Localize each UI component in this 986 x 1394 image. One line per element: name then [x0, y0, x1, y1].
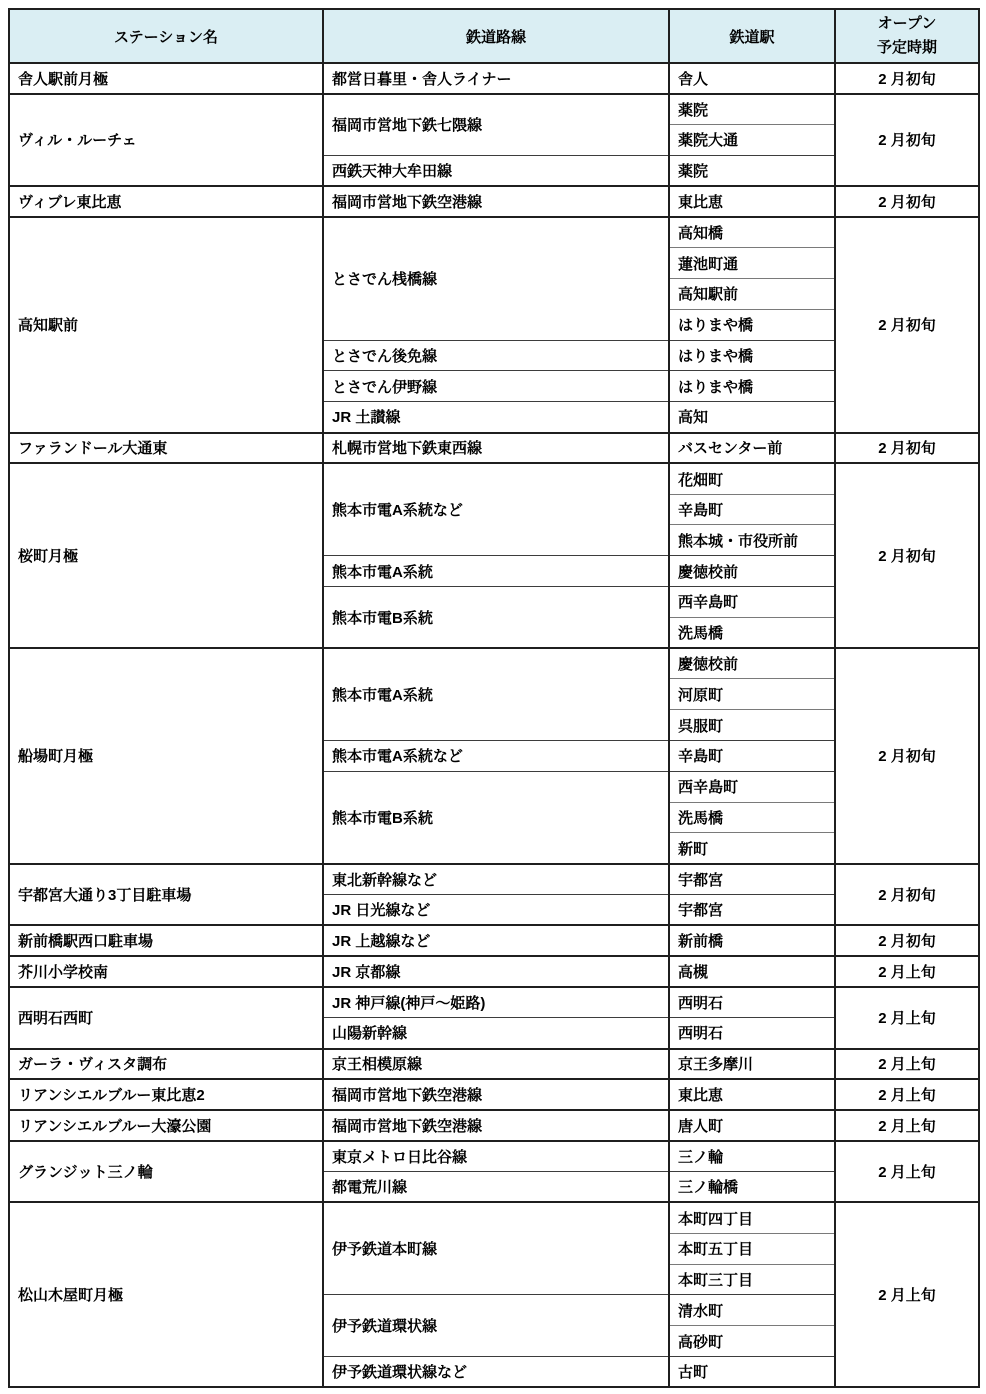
station-name-cell: 高知駅前: [9, 217, 323, 433]
table-row: 松山木屋町月極伊予鉄道本町線本町四丁目2 月上旬: [9, 1202, 979, 1233]
rail-station-cell: 熊本城・市役所前: [669, 525, 835, 556]
table-row: 宇都宮大通り3丁目駐車場東北新幹線など宇都宮2 月初旬: [9, 864, 979, 895]
table-row: 新前橋駅西口駐車場JR 上越線など新前橋2 月初旬: [9, 925, 979, 956]
open-period-cell: 2 月初旬: [835, 63, 979, 94]
rail-station-cell: 洗馬橋: [669, 617, 835, 648]
table-row: 船場町月極熊本市電A系統慶徳校前2 月初旬: [9, 648, 979, 679]
rail-line-cell: 熊本市電A系統: [323, 648, 669, 740]
rail-line-cell: 熊本市電A系統など: [323, 463, 669, 555]
rail-station-cell: 辛島町: [669, 494, 835, 525]
header-rail-line: 鉄道路線: [323, 9, 669, 63]
table-row: リアンシエルブルー大濠公園福岡市営地下鉄空港線唐人町2 月上旬: [9, 1110, 979, 1141]
rail-station-cell: 洗馬橋: [669, 802, 835, 833]
rail-station-cell: 河原町: [669, 679, 835, 710]
table-row: 桜町月極熊本市電A系統など花畑町2 月初旬: [9, 463, 979, 494]
rail-station-cell: 三ノ輪橋: [669, 1172, 835, 1203]
table-row: ヴィブレ東比恵福岡市営地下鉄空港線東比恵2 月初旬: [9, 186, 979, 217]
rail-station-cell: はりまや橋: [669, 309, 835, 340]
open-period-cell: 2 月初旬: [835, 463, 979, 648]
table-row: 西明石西町JR 神戸線(神戸〜姫路)西明石2 月上旬: [9, 987, 979, 1018]
rail-station-cell: 古町: [669, 1356, 835, 1387]
rail-station-cell: 呉服町: [669, 710, 835, 741]
header-rail-station: 鉄道駅: [669, 9, 835, 63]
rail-station-cell: 新前橋: [669, 925, 835, 956]
rail-line-cell: とさでん桟橋線: [323, 217, 669, 340]
table-row: グランジット三ノ輪東京メトロ日比谷線三ノ輪2 月上旬: [9, 1141, 979, 1172]
rail-line-cell: 都営日暮里・舎人ライナー: [323, 63, 669, 94]
rail-station-cell: 花畑町: [669, 463, 835, 494]
table-row: ファランドール大通東札幌市営地下鉄東西線バスセンター前2 月初旬: [9, 433, 979, 464]
rail-station-cell: 東比恵: [669, 186, 835, 217]
rail-station-cell: 蓮池町通: [669, 248, 835, 279]
station-name-cell: ファランドール大通東: [9, 433, 323, 464]
rail-station-cell: 西明石: [669, 1018, 835, 1049]
table-row: ヴィル・ルーチェ福岡市営地下鉄七隈線薬院2 月初旬: [9, 94, 979, 125]
rail-station-cell: バスセンター前: [669, 433, 835, 464]
rail-station-cell: 清水町: [669, 1295, 835, 1326]
table-row: 高知駅前とさでん桟橋線高知橋2 月初旬: [9, 217, 979, 248]
rail-line-cell: とさでん後免線: [323, 340, 669, 371]
station-name-cell: ガーラ・ヴィスタ調布: [9, 1049, 323, 1080]
rail-station-cell: 辛島町: [669, 741, 835, 772]
rail-station-cell: 宇都宮: [669, 895, 835, 926]
station-name-cell: 新前橋駅西口駐車場: [9, 925, 323, 956]
rail-line-cell: 福岡市営地下鉄空港線: [323, 186, 669, 217]
rail-station-cell: 高知駅前: [669, 279, 835, 310]
table-row: リアンシエルブルー東比恵2福岡市営地下鉄空港線東比恵2 月上旬: [9, 1079, 979, 1110]
rail-line-cell: 福岡市営地下鉄空港線: [323, 1110, 669, 1141]
rail-station-cell: 西明石: [669, 987, 835, 1018]
header-open-line1: オープン: [840, 12, 974, 36]
open-period-cell: 2 月上旬: [835, 1079, 979, 1110]
rail-station-cell: 唐人町: [669, 1110, 835, 1141]
rail-station-cell: 薬院: [669, 94, 835, 125]
rail-station-cell: 高知橋: [669, 217, 835, 248]
station-name-cell: 宇都宮大通り3丁目駐車場: [9, 864, 323, 926]
station-name-cell: 桜町月極: [9, 463, 323, 648]
rail-station-cell: はりまや橋: [669, 371, 835, 402]
open-period-cell: 2 月上旬: [835, 1141, 979, 1203]
rail-line-cell: JR 神戸線(神戸〜姫路): [323, 987, 669, 1018]
open-period-cell: 2 月初旬: [835, 925, 979, 956]
stations-table: ステーション名 鉄道路線 鉄道駅 オープン 予定時期 舎人駅前月極都営日暮里・舎…: [8, 8, 980, 1388]
table-header-row: ステーション名 鉄道路線 鉄道駅 オープン 予定時期: [9, 9, 979, 63]
rail-station-cell: 本町五丁目: [669, 1233, 835, 1264]
open-period-cell: 2 月初旬: [835, 433, 979, 464]
rail-station-cell: 薬院: [669, 155, 835, 186]
station-name-cell: 芥川小学校南: [9, 956, 323, 987]
open-period-cell: 2 月初旬: [835, 864, 979, 926]
open-period-cell: 2 月初旬: [835, 94, 979, 186]
rail-line-cell: 福岡市営地下鉄空港線: [323, 1079, 669, 1110]
rail-station-cell: 本町四丁目: [669, 1202, 835, 1233]
rail-line-cell: 都電荒川線: [323, 1172, 669, 1203]
rail-line-cell: とさでん伊野線: [323, 371, 669, 402]
table-row: ガーラ・ヴィスタ調布京王相模原線京王多摩川2 月上旬: [9, 1049, 979, 1080]
rail-station-cell: 本町三丁目: [669, 1264, 835, 1295]
rail-line-cell: JR 日光線など: [323, 895, 669, 926]
open-period-cell: 2 月初旬: [835, 648, 979, 864]
rail-line-cell: 京王相模原線: [323, 1049, 669, 1080]
rail-line-cell: 山陽新幹線: [323, 1018, 669, 1049]
header-open-period: オープン 予定時期: [835, 9, 979, 63]
table-row: 舎人駅前月極都営日暮里・舎人ライナー舎人2 月初旬: [9, 63, 979, 94]
rail-station-cell: 三ノ輪: [669, 1141, 835, 1172]
rail-station-cell: 高槻: [669, 956, 835, 987]
rail-line-cell: 熊本市電A系統など: [323, 741, 669, 772]
open-period-cell: 2 月初旬: [835, 186, 979, 217]
open-period-cell: 2 月上旬: [835, 987, 979, 1049]
station-name-cell: リアンシエルブルー東比恵2: [9, 1079, 323, 1110]
rail-station-cell: 京王多摩川: [669, 1049, 835, 1080]
rail-line-cell: 伊予鉄道環状線: [323, 1295, 669, 1357]
rail-station-cell: 慶徳校前: [669, 556, 835, 587]
rail-station-cell: 薬院大通: [669, 125, 835, 156]
rail-line-cell: 熊本市電A系統: [323, 556, 669, 587]
rail-station-cell: 慶徳校前: [669, 648, 835, 679]
rail-station-cell: 舎人: [669, 63, 835, 94]
station-name-cell: 船場町月極: [9, 648, 323, 864]
rail-line-cell: JR 土讃線: [323, 402, 669, 433]
rail-station-cell: はりまや橋: [669, 340, 835, 371]
table-body: 舎人駅前月極都営日暮里・舎人ライナー舎人2 月初旬ヴィル・ルーチェ福岡市営地下鉄…: [9, 63, 979, 1387]
rail-station-cell: 西辛島町: [669, 587, 835, 618]
header-station-name: ステーション名: [9, 9, 323, 63]
rail-station-cell: 西辛島町: [669, 771, 835, 802]
station-name-cell: リアンシエルブルー大濠公園: [9, 1110, 323, 1141]
rail-line-cell: 熊本市電B系統: [323, 771, 669, 863]
rail-station-cell: 高砂町: [669, 1326, 835, 1357]
header-open-line2: 予定時期: [840, 36, 974, 60]
station-name-cell: 舎人駅前月極: [9, 63, 323, 94]
rail-line-cell: 西鉄天神大牟田線: [323, 155, 669, 186]
station-name-cell: ヴィブレ東比恵: [9, 186, 323, 217]
open-period-cell: 2 月初旬: [835, 217, 979, 433]
station-name-cell: グランジット三ノ輪: [9, 1141, 323, 1203]
rail-line-cell: 熊本市電B系統: [323, 587, 669, 649]
rail-line-cell: 札幌市営地下鉄東西線: [323, 433, 669, 464]
rail-line-cell: 伊予鉄道本町線: [323, 1202, 669, 1294]
rail-station-cell: 高知: [669, 402, 835, 433]
stations-table-wrap: ステーション名 鉄道路線 鉄道駅 オープン 予定時期 舎人駅前月極都営日暮里・舎…: [8, 8, 980, 1388]
rail-station-cell: 宇都宮: [669, 864, 835, 895]
open-period-cell: 2 月上旬: [835, 1110, 979, 1141]
station-name-cell: 西明石西町: [9, 987, 323, 1049]
rail-line-cell: JR 京都線: [323, 956, 669, 987]
table-row: 芥川小学校南JR 京都線高槻2 月上旬: [9, 956, 979, 987]
rail-line-cell: JR 上越線など: [323, 925, 669, 956]
rail-station-cell: 新町: [669, 833, 835, 864]
open-period-cell: 2 月上旬: [835, 956, 979, 987]
rail-line-cell: 伊予鉄道環状線など: [323, 1356, 669, 1387]
rail-station-cell: 東比恵: [669, 1079, 835, 1110]
open-period-cell: 2 月上旬: [835, 1202, 979, 1387]
rail-line-cell: 東京メトロ日比谷線: [323, 1141, 669, 1172]
open-period-cell: 2 月上旬: [835, 1049, 979, 1080]
rail-line-cell: 福岡市営地下鉄七隈線: [323, 94, 669, 156]
station-name-cell: ヴィル・ルーチェ: [9, 94, 323, 186]
rail-line-cell: 東北新幹線など: [323, 864, 669, 895]
station-name-cell: 松山木屋町月極: [9, 1202, 323, 1387]
